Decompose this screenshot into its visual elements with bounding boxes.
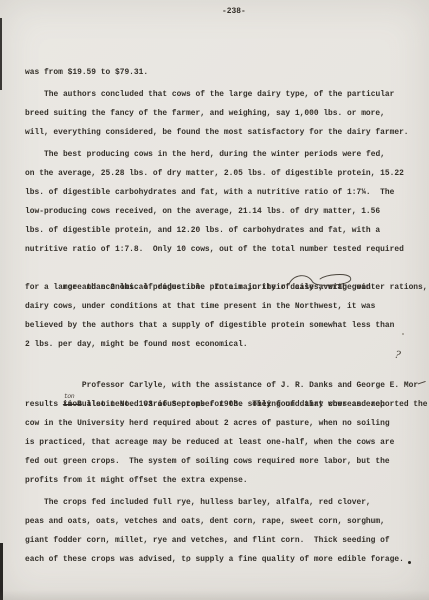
- text-line-with-margin-mark: Professor Carlyle, with the assistance o…: [25, 357, 421, 376]
- text-line-with-transposition: more than 2 lbs. of digestible protein i…: [25, 259, 421, 278]
- text-line: will, everything considered, be found th…: [25, 123, 421, 142]
- text-line: breed suiting the fancy of the farmer, a…: [25, 104, 421, 123]
- paragraph: The authors concluded that cows of the l…: [25, 85, 421, 142]
- text-line: low-producing cows received, on the aver…: [25, 202, 421, 221]
- text-line: The crops fed included full rye, hulless…: [25, 493, 421, 512]
- text-line: is practiced, that acreage may be reduce…: [25, 433, 421, 452]
- text-line-with-correction: tionton also tested various crops for th…: [25, 376, 421, 395]
- document-body: was from $19.59 to $79.31. The authors c…: [25, 63, 421, 569]
- scan-shadow: [0, 590, 429, 600]
- scan-edge-artifact: [0, 18, 2, 90]
- text-line: The authors concluded that cows of the l…: [25, 85, 421, 104]
- text-line: nutritive ratio of 1:7.8. Only 10 cows, …: [25, 240, 421, 259]
- text-line: 2 lbs. per day, might be found most econ…: [25, 335, 421, 354]
- text-line: on the average, 25.28 lbs. of dry matter…: [25, 164, 421, 183]
- paragraph: Professor Carlyle, with the assistance o…: [25, 357, 421, 490]
- text-line: each of these crops was advised, to supp…: [25, 550, 421, 569]
- text-line: profits from it might offset the extra e…: [25, 471, 421, 490]
- scan-speck: [186, 560, 188, 562]
- text-line: cow in the University herd required abou…: [25, 414, 421, 433]
- text-line: fed out green crops. The system of soili…: [25, 452, 421, 471]
- text-line: results in Bulletin No. 103 of September…: [25, 395, 421, 414]
- page-number: -238-: [222, 7, 246, 16]
- scan-speck: [402, 333, 404, 335]
- scanned-page: -238- was from $19.59 to $79.31. The aut…: [0, 0, 429, 600]
- text-line: The best producing cows in the herd, dur…: [25, 145, 421, 164]
- paragraph: The crops fed included full rye, hulless…: [25, 493, 421, 569]
- text-line: was from $19.59 to $79.31.: [25, 63, 421, 82]
- paragraph: was from $19.59 to $79.31.: [25, 63, 421, 82]
- paragraph: The best producing cows in the herd, dur…: [25, 145, 421, 354]
- scan-speck: [408, 561, 411, 564]
- text-line: for a large and economical production. I…: [25, 278, 421, 297]
- text-line: lbs. of digestible protein, and 12.20 lb…: [25, 221, 421, 240]
- text-line: dairy cows, under conditions at that tim…: [25, 297, 421, 316]
- text-line: peas and oats, oats, vetches and oats, d…: [25, 512, 421, 531]
- text-line: lbs. of digestible carbohydrates and fat…: [25, 183, 421, 202]
- text-line: giant fodder corn, millet, rye and vetch…: [25, 531, 421, 550]
- text-line: believed by the authors that a supply of…: [25, 316, 421, 335]
